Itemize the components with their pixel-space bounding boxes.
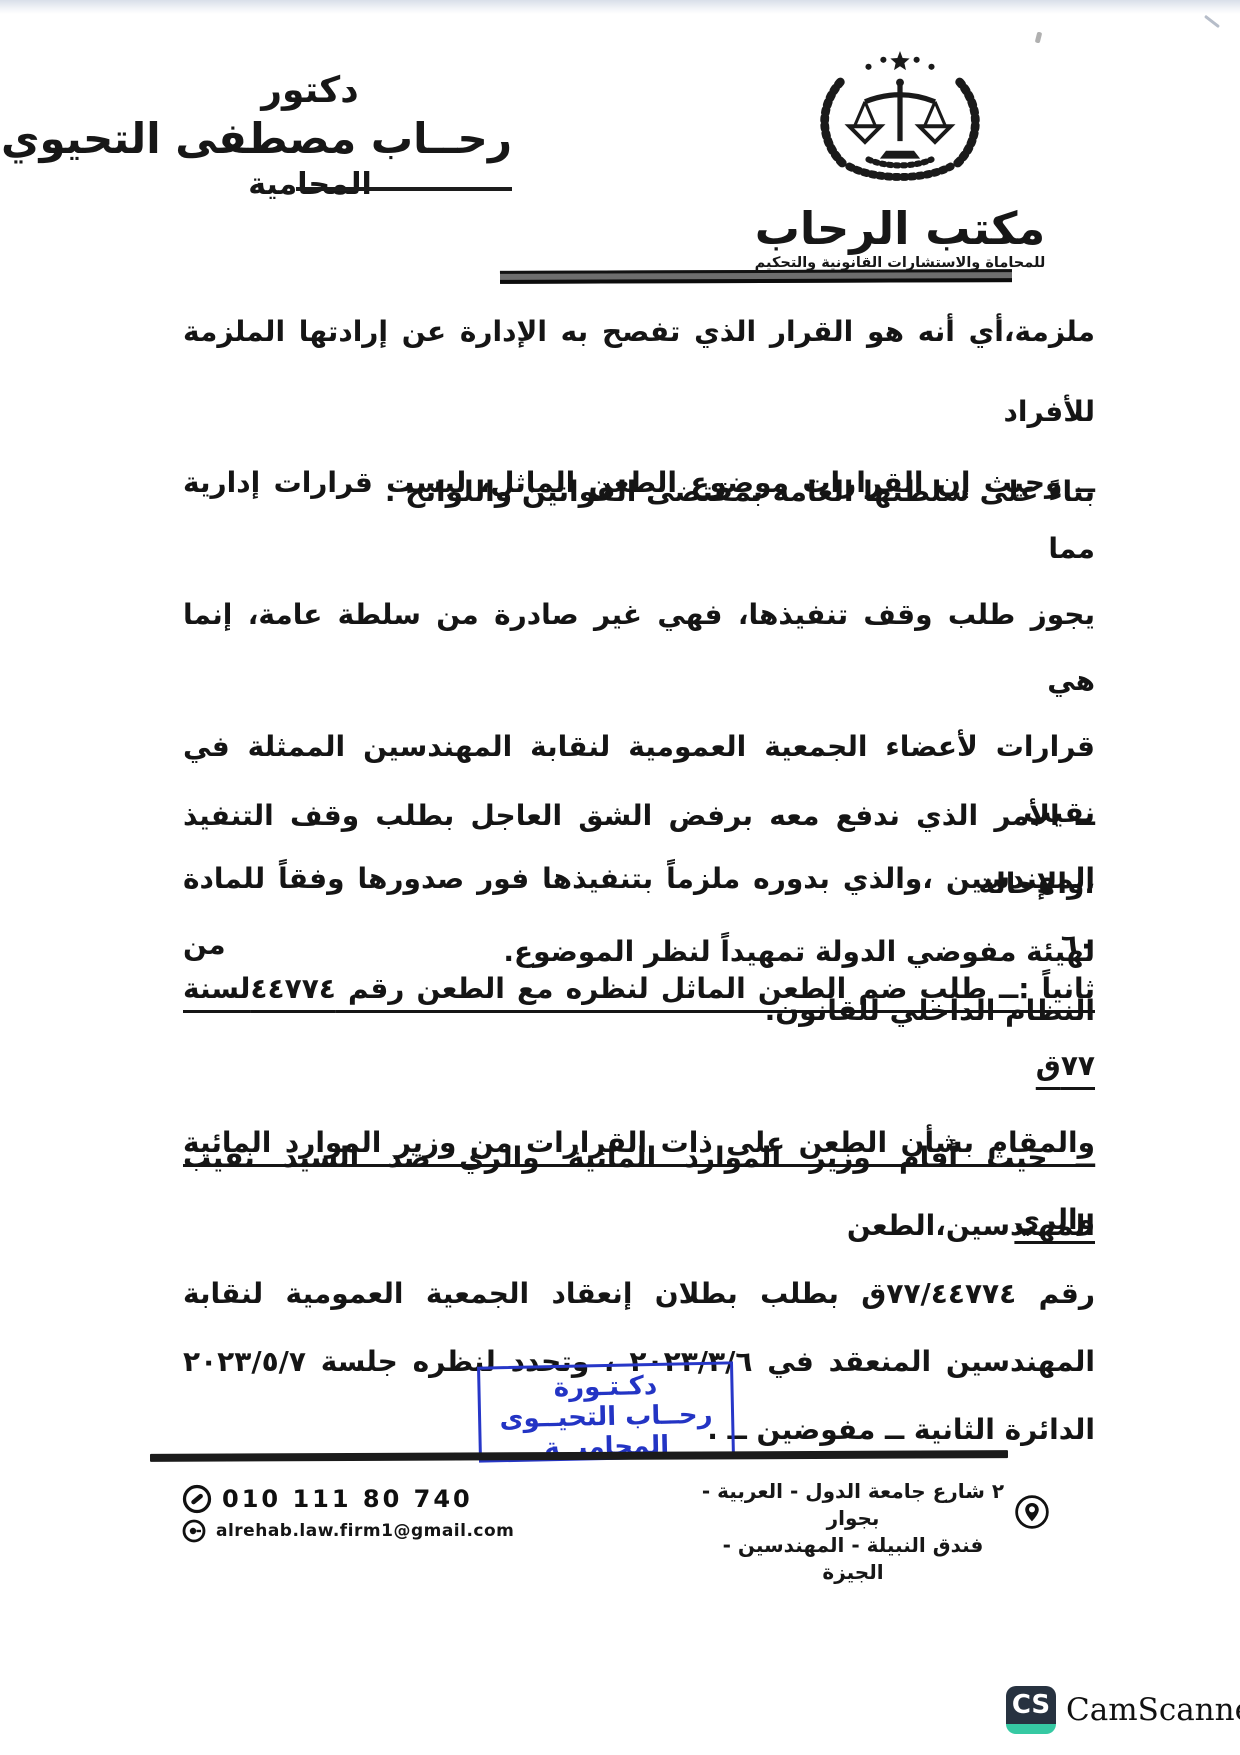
letterhead-office-block: مكتب الرحاب للمحاماة والاستشارات القانون… — [700, 40, 1100, 271]
lawyer-name: رحــاب مصطفى التحيوي — [108, 111, 512, 168]
office-name: مكتب الرحاب — [700, 206, 1100, 251]
paragraph-line: ــ حيث أقام وزير الموارد المائية والري ض… — [183, 1124, 1095, 1260]
email-icon — [182, 1519, 206, 1543]
camscanner-badge-text: CS — [1006, 1686, 1056, 1724]
paragraph-line: ــ الأمر الذي ندفع معه برفض الشق العاجل … — [183, 782, 1095, 918]
scan-corner-mark — [1204, 15, 1220, 28]
paragraph-line: ــ وحيث إن القرارات موضوع الطعن الماثل، … — [183, 450, 1095, 582]
paragraph-line: ملزمة،أي أنه هو القرار الذي تفصح به الإد… — [183, 292, 1095, 452]
email-address: alrehab.law.firm1@gmail.com — [216, 1521, 514, 1541]
scales-of-justice-laurel-wreath-stars-icon — [795, 40, 1005, 202]
camscanner-badge-accent — [1006, 1724, 1056, 1734]
phone-row: 010 111 80 740 — [182, 1484, 514, 1514]
letterhead-lawyer-block: دكتور رحــاب مصطفى التحيوي المحامية — [108, 70, 512, 201]
paragraph-line: يجوز طلب وقف تنفيذها، فهي غير صادرة من س… — [183, 582, 1095, 714]
email-row: alrehab.law.firm1@gmail.com — [182, 1519, 514, 1543]
paragraph-line: رقم ٧٧/٤٤٧٧٤ق بطلب بطلان إنعقاد الجمعية … — [183, 1260, 1095, 1328]
footer-address: ٢ شارع جامعة الدول - العربية - بجوار فند… — [695, 1478, 1011, 1586]
scanned-legal-document-page: { "header": { "doctor_title": "دكتور", "… — [0, 0, 1240, 1755]
doctor-title: دكتور — [108, 70, 512, 111]
footer-contacts: 010 111 80 740 alrehab.law.firm1@gmail.c… — [182, 1484, 514, 1543]
camscanner-watermark: CS CamScanner — [1006, 1686, 1240, 1734]
name-underline-rule — [296, 187, 512, 191]
address-line-2: فندق النبيلة - المهندسين - الجيزة — [695, 1532, 1011, 1586]
scan-edge-artifact — [0, 0, 1240, 14]
lawyer-ink-stamp: دكـتـورة رحــاب التحيــوى المحاميــة — [477, 1361, 735, 1462]
location-pin-icon — [1014, 1494, 1050, 1530]
phone-number: 010 111 80 740 — [222, 1485, 473, 1513]
camscanner-badge: CS — [1006, 1686, 1056, 1734]
heading-line: ثانياً :ــ طلب ضم الطعن الماثل لنظره مع … — [183, 950, 1095, 1104]
stamp-line-2: رحــاب التحيــوى — [481, 1399, 732, 1434]
address-line-1: ٢ شارع جامعة الدول - العربية - بجوار — [695, 1478, 1011, 1532]
location-pin-wrap — [1014, 1494, 1050, 1534]
header-divider-bar — [500, 269, 1012, 284]
phone-icon — [182, 1484, 212, 1514]
lawyer-role: المحامية — [108, 168, 512, 201]
camscanner-label: CamScanner — [1066, 1692, 1240, 1728]
